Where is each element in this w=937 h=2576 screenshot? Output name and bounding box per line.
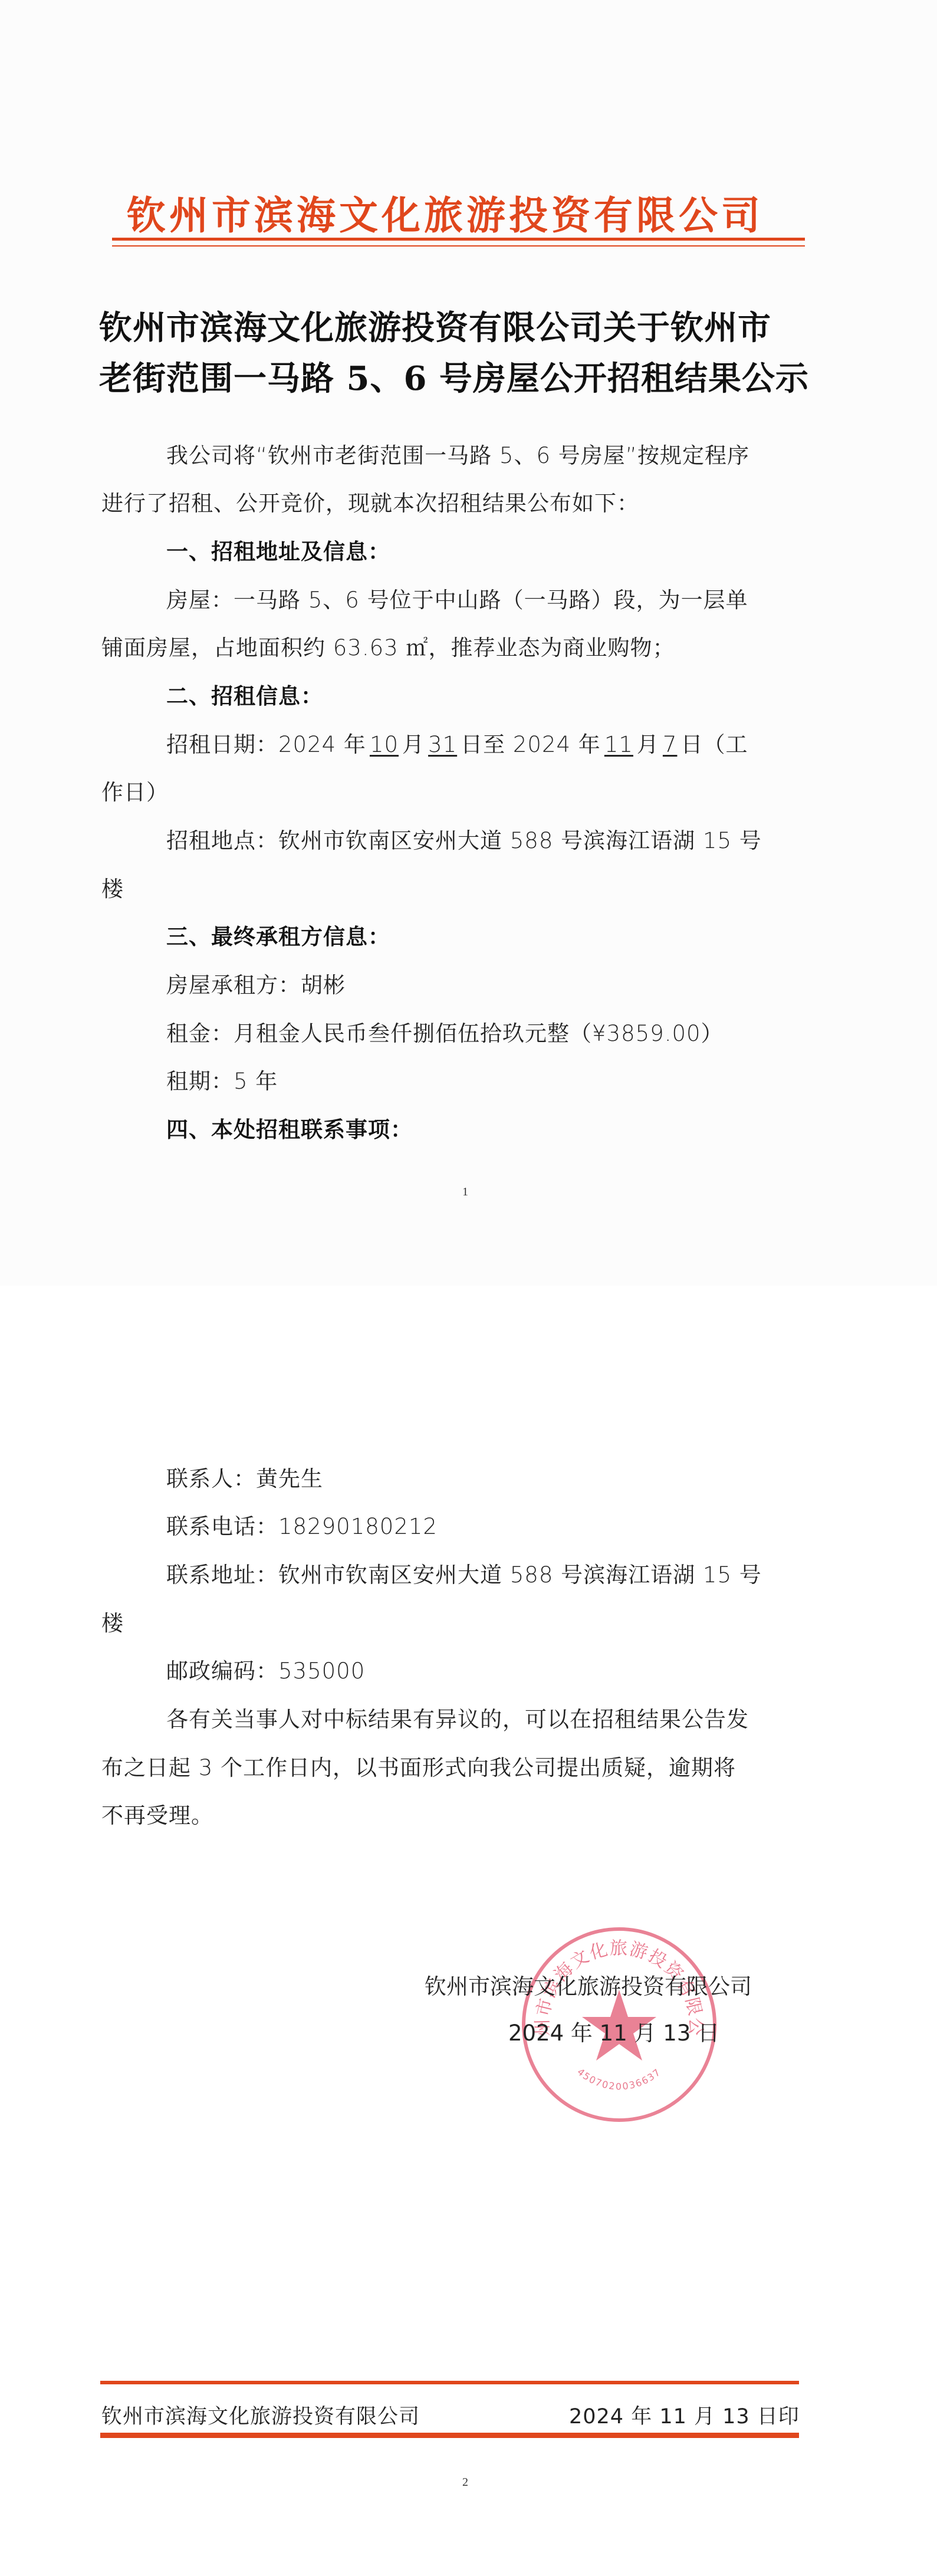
tender-end-day: 7 (659, 732, 681, 757)
footer-print-date: 2024 年 11 月 13 日印 (569, 2400, 800, 2430)
letterhead-rule-thin (112, 245, 805, 247)
section-1-line-2: 铺面房屋，占地面积约 63.63 ㎡，推荐业态为商业购物； (101, 630, 675, 662)
contact-person: 联系人：黄先生 (166, 1461, 323, 1493)
section-1-line-1: 房屋：一马路 5、6 号位于中山路（一马路）段，为一层单 (166, 582, 748, 614)
contact-phone: 联系电话：18290180212 (166, 1509, 438, 1540)
section-3-heading: 三、最终承租方信息： (166, 919, 390, 951)
tender-date-to: 日至 2024 年 (461, 732, 601, 757)
tender-end-month: 11 (601, 732, 637, 757)
tender-date-line: 招租日期：2024 年10月31日至 2024 年11月7日（工 (166, 727, 748, 758)
postal-code: 邮政编码：535000 (166, 1653, 365, 1685)
tenant-name: 房屋承租方：胡彬 (166, 967, 346, 999)
objection-line-2: 布之日起 3 个工作日内，以书面形式向我公司提出质疑，逾期将 (101, 1750, 736, 1782)
signature-company: 钦州市滨海文化旅游投资有限公司 (425, 1969, 752, 2000)
page-number-2: 2 (462, 2476, 468, 2489)
objection-line-3: 不再受理。 (101, 1798, 213, 1829)
section-2-heading: 二、招租信息： (166, 678, 323, 710)
letterhead-company-name: 钦州市滨海文化旅游投资有限公司 (127, 184, 764, 240)
contact-address-line-1: 联系地址：钦州市钦南区安州大道 588 号滨海江语湖 15 号 (166, 1557, 762, 1589)
intro-line-1: 我公司将“钦州市老街范围一马路 5、6 号房屋”按规定程序 (166, 438, 749, 469)
objection-line-1: 各有关当事人对中标结果有异议的，可以在招租结果公告发 (166, 1701, 749, 1733)
page-number-1: 1 (462, 1185, 468, 1199)
intro-line-2: 进行了招租、公开竞价，现就本次招租结果公布如下： (101, 485, 639, 517)
tender-location-line-1: 招租地点：钦州市钦南区安州大道 588 号滨海江语湖 15 号 (166, 823, 762, 855)
tender-month-unit-2: 月 (637, 732, 659, 757)
tender-month-unit-1: 月 (402, 732, 425, 757)
footer-company: 钦州市滨海文化旅游投资有限公司 (101, 2400, 420, 2430)
document-title-line-1: 钦州市滨海文化旅游投资有限公司关于钦州市 (99, 302, 771, 349)
footer-rule-bottom (100, 2433, 799, 2438)
tender-start-year: 2024 年 (278, 732, 366, 757)
section-1-heading: 一、招租地址及信息： (166, 534, 390, 566)
tender-date-label: 招租日期： (166, 732, 278, 757)
signature-date: 2024 年 11 月 13 日 (508, 2015, 719, 2047)
contact-address-line-2: 楼 (101, 1605, 124, 1637)
footer-rule-top (100, 2381, 799, 2384)
rent-amount: 租金：月租金人民币叁仟捌佰伍拾玖元整（¥3859.00） (166, 1016, 724, 1047)
tender-start-day: 31 (425, 732, 461, 757)
tender-start-month: 10 (366, 732, 402, 757)
svg-text:4507020036637: 4507020036637 (575, 2066, 663, 2092)
document-title-line-2: 老街范围一马路 5、6 号房屋公开招租结果公示 (99, 353, 809, 400)
tender-location-line-2: 楼 (101, 871, 124, 903)
tender-date-continued: 作日） (101, 774, 169, 806)
section-4-heading: 四、本处招租联系事项： (166, 1112, 413, 1144)
tender-end-suffix: 日（工 (680, 732, 748, 757)
letterhead-rule-thick (112, 238, 805, 241)
lease-term: 租期：5 年 (166, 1063, 278, 1095)
